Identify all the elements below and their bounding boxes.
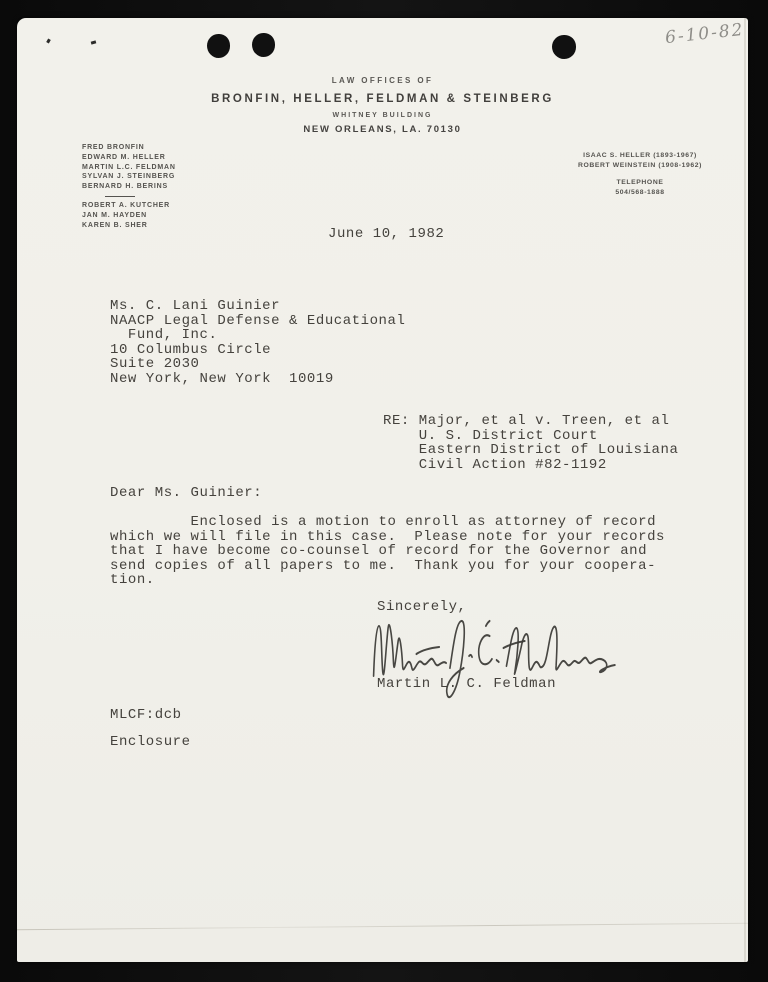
attorney-name: EDWARD M. HELLER [82, 153, 176, 163]
letterhead-right-column: ISAAC S. HELLER (1893-1967) ROBERT WEINS… [545, 151, 735, 198]
letter-page: 6-10-82 LAW OFFICES OF BRONFIN, HELLER, … [17, 18, 748, 962]
attorney-name: MARTIN L.C. FELDMAN [82, 163, 176, 173]
letterhead-firm-name: BRONFIN, HELLER, FELDMAN & STEINBERG [17, 93, 748, 105]
letterhead-city: NEW ORLEANS, LA. 70130 [17, 124, 748, 135]
letter-body: Enclosed is a motion to enroll as attorn… [110, 515, 665, 588]
attorney-name: JAN M. HAYDEN [82, 211, 176, 221]
attorney-name: KAREN B. SHER [82, 221, 176, 231]
telephone-number: 504/568-1888 [545, 188, 735, 198]
attorney-name: FRED BRONFIN [82, 143, 176, 153]
closing: Sincerely, [377, 600, 467, 615]
typist-initials: MLCF:dcb [110, 708, 182, 723]
letterhead: LAW OFFICES OF BRONFIN, HELLER, FELDMAN … [17, 76, 748, 135]
scanned-page-background: 6-10-82 LAW OFFICES OF BRONFIN, HELLER, … [0, 0, 768, 982]
scan-speck [91, 40, 97, 44]
handwritten-archive-date: 6-10-82 [664, 20, 745, 48]
hole-punch [207, 34, 230, 58]
attorney-name: BERNARD H. BERINS [82, 182, 176, 192]
recipient-address-block: Ms. C. Lani Guinier NAACP Legal Defense … [110, 299, 405, 387]
attorney-name: SYLVAN J. STEINBERG [82, 172, 176, 182]
attorney-name-list: FRED BRONFIN EDWARD M. HELLER MARTIN L.C… [82, 143, 176, 231]
salutation: Dear Ms. Guinier: [110, 486, 262, 501]
telephone-label: TELEPHONE [545, 178, 735, 188]
signature-typed-name: Martin L. C. Feldman [377, 677, 556, 692]
letter-date: June 10, 1982 [328, 227, 444, 242]
hole-punch [252, 33, 275, 57]
re-subject-block: RE: Major, et al v. Treen, et al U. S. D… [383, 414, 678, 472]
scan-speck [46, 39, 51, 44]
attorney-name: ROBERT A. KUTCHER [82, 201, 176, 211]
enclosure-note: Enclosure [110, 735, 191, 750]
hole-punch [552, 35, 576, 59]
memorial-name: ROBERT WEINSTEIN (1908-1962) [545, 161, 735, 171]
paper-fold-crease [17, 923, 748, 930]
handwritten-signature [369, 614, 621, 709]
memorial-name: ISAAC S. HELLER (1893-1967) [545, 151, 735, 161]
paper-edge-shadow [744, 18, 746, 962]
letterhead-office-line: LAW OFFICES OF [17, 76, 748, 85]
attorney-list-divider [105, 196, 135, 197]
letterhead-building: WHITNEY BUILDING [17, 112, 748, 119]
